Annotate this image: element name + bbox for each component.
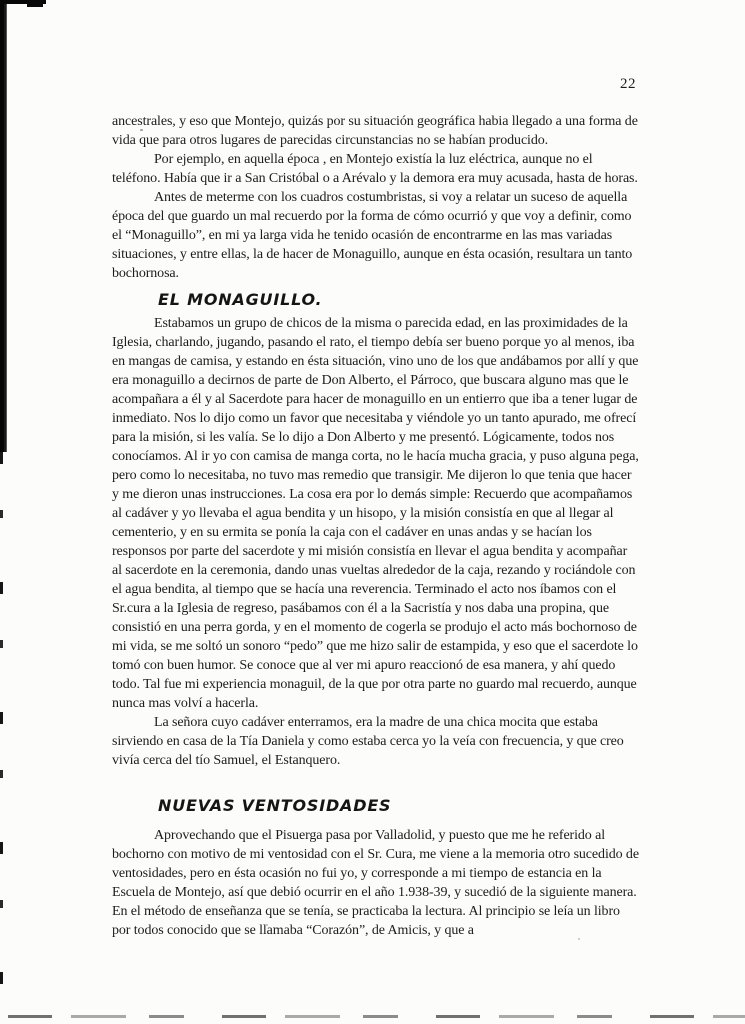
section-heading-el-monaguillo: EL MONAGUILLO.: [158, 290, 640, 309]
paragraph: Estabamos un grupo de chicos de la misma…: [112, 314, 640, 713]
scan-left-edge-artifact: [0, 0, 7, 452]
paragraph: Antes de meterme con los cuadros costumb…: [112, 188, 640, 283]
paragraph: La señora cuyo cadáver enterramos, era l…: [112, 713, 640, 770]
paragraph: Aprovechando que el Pisuerga pasa por Va…: [112, 826, 640, 940]
paragraph: Por ejemplo, en aquella época , en Monte…: [112, 150, 640, 188]
scan-left-edge-artifact-lower: [0, 452, 3, 1010]
section-heading-nuevas-ventosidades: NUEVAS VENTOSIDADES: [158, 796, 640, 815]
scan-top-edge-notch-artifact: [27, 0, 43, 7]
paragraph-continuation: ancestrales, y eso que Montejo, quizás p…: [112, 112, 640, 150]
scan-bottom-line-artifact: [8, 1015, 745, 1018]
document-body: ancestrales, y eso que Montejo, quizás p…: [112, 112, 640, 940]
scanned-document-page: 22 ancestrales, y eso que Montejo, quizá…: [0, 0, 745, 1024]
page-number: 22: [620, 76, 636, 93]
